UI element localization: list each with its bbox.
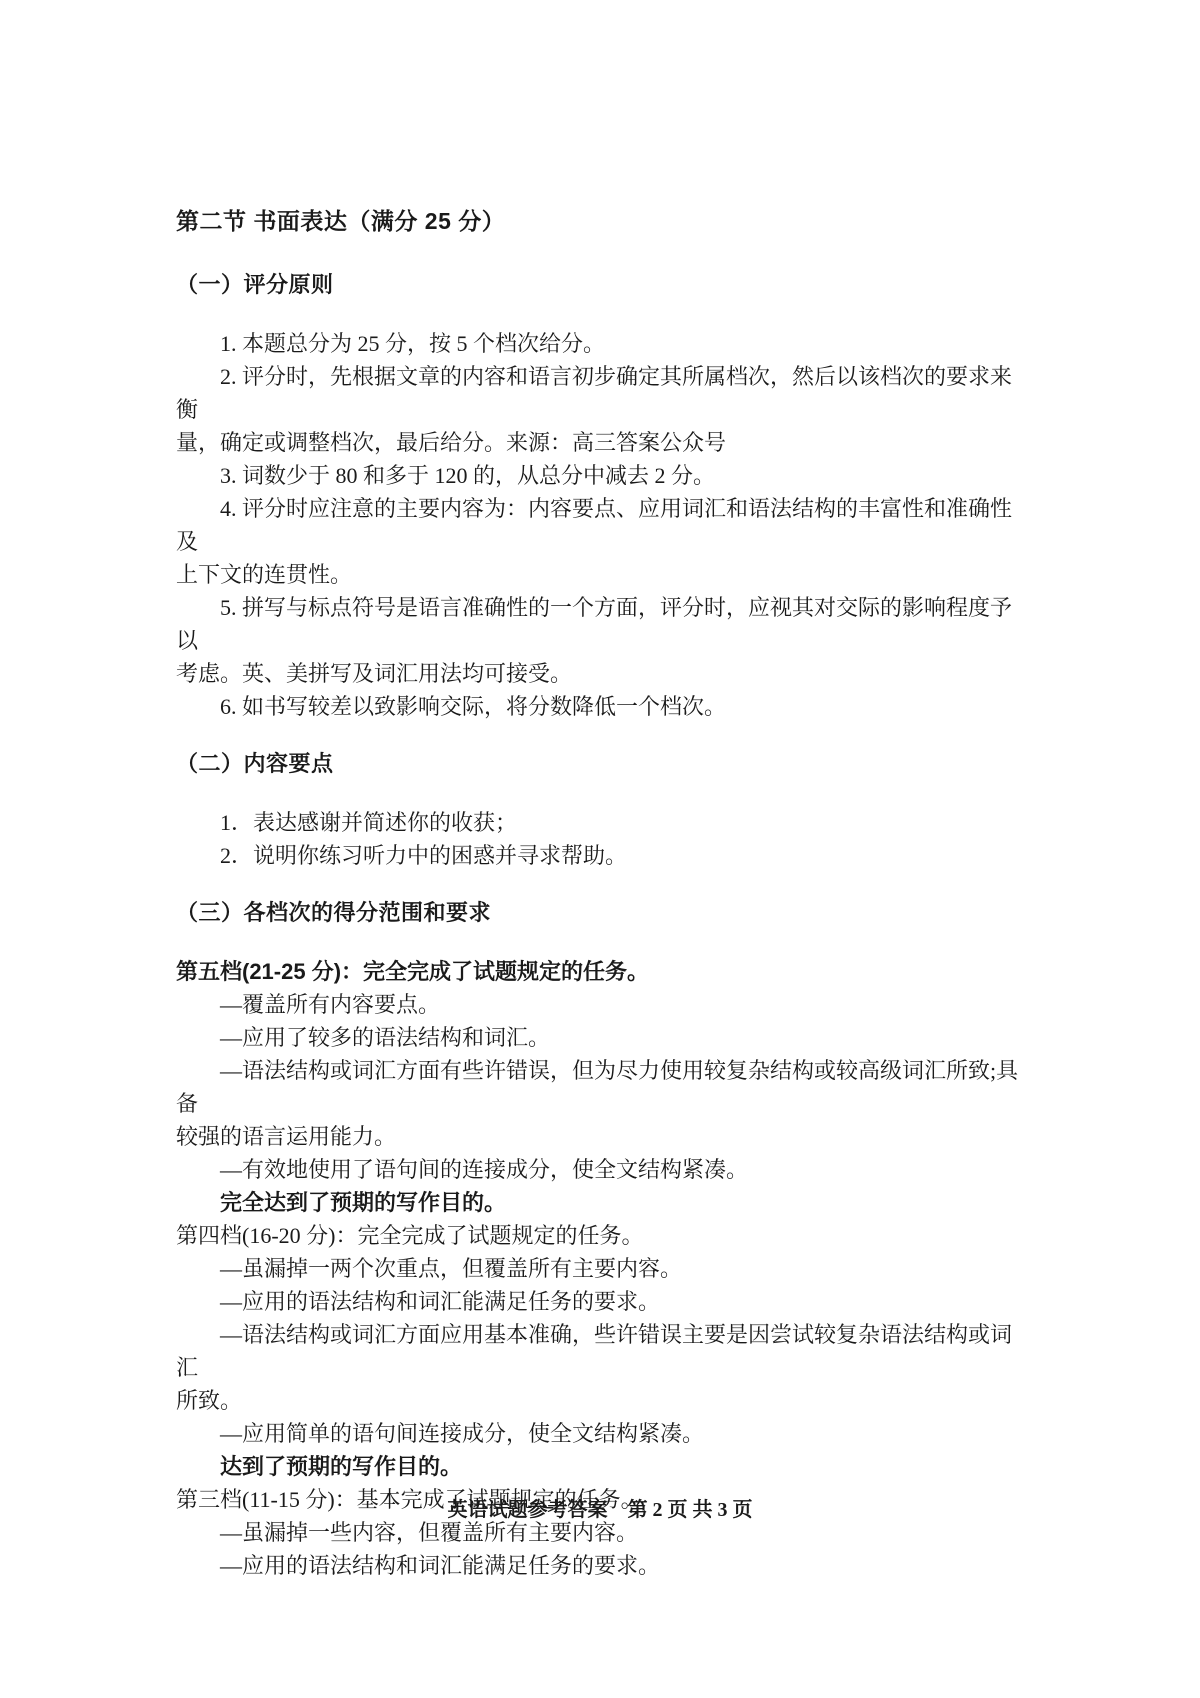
band-point: —覆盖所有内容要点。 xyxy=(176,988,1032,1021)
scoring-principle-item: 4. 评分时应注意的主要内容为：内容要点、应用词汇和语法结构的丰富性和准确性及 … xyxy=(176,492,1032,591)
band-title: 第四档(16-20 分)：完全完成了试题规定的任务。 xyxy=(176,1219,1032,1252)
band-point: —语法结构或词汇方面应用基本准确，些许错误主要是因尝试较复杂语法结构或词汇 所致… xyxy=(176,1318,1032,1417)
band-point: —应用的语法结构和词汇能满足任务的要求。 xyxy=(176,1549,1032,1582)
content-point-item: 2．说明你练习听力中的困惑并寻求帮助。 xyxy=(176,839,1032,872)
score-band-4: 第四档(16-20 分)：完全完成了试题规定的任务。 —虽漏掉一两个次重点，但覆… xyxy=(176,1219,1032,1483)
band-title: 第五档(21-25 分)：完全完成了试题规定的任务。 xyxy=(176,955,1032,988)
score-band-5: 第五档(21-25 分)：完全完成了试题规定的任务。 —覆盖所有内容要点。 —应… xyxy=(176,955,1032,1219)
scoring-principle-item: 6. 如书写较差以致影响交际，将分数降低一个档次。 xyxy=(176,690,1032,723)
band-point: —有效地使用了语句间的连接成分，使全文结构紧凑。 xyxy=(176,1153,1032,1186)
section-title: 第二节 书面表达（满分 25 分） xyxy=(176,205,1032,238)
heading-scoring-principles: （一）评分原则 xyxy=(176,268,1032,301)
scoring-principle-item: 2. 评分时，先根据文章的内容和语言初步确定其所属档次，然后以该档次的要求来衡 … xyxy=(176,360,1032,459)
page-footer: 英语试题参考答案 第 2 页 共 3 页 xyxy=(0,1496,1200,1524)
answer-key-page: 第二节 书面表达（满分 25 分） （一）评分原则 1. 本题总分为 25 分，… xyxy=(0,0,1200,1698)
band-conclusion: 完全达到了预期的写作目的。 xyxy=(176,1186,1032,1219)
band-conclusion: 达到了预期的写作目的。 xyxy=(176,1450,1032,1483)
scoring-principle-item: 3. 词数少于 80 和多于 120 的，从总分中减去 2 分。 xyxy=(176,459,1032,492)
heading-content-points: （二）内容要点 xyxy=(176,747,1032,780)
scoring-principle-item: 5. 拼写与标点符号是语言准确性的一个方面，评分时，应视其对交际的影响程度予以 … xyxy=(176,591,1032,690)
band-point: —应用简单的语句间连接成分，使全文结构紧凑。 xyxy=(176,1417,1032,1450)
band-point: —应用的语法结构和词汇能满足任务的要求。 xyxy=(176,1285,1032,1318)
content-point-item: 1．表达感谢并简述你的收获； xyxy=(176,806,1032,839)
scoring-principle-item: 1. 本题总分为 25 分，按 5 个档次给分。 xyxy=(176,327,1032,360)
band-point: —应用了较多的语法结构和词汇。 xyxy=(176,1021,1032,1054)
heading-score-bands: （三）各档次的得分范围和要求 xyxy=(176,896,1032,929)
band-point: —语法结构或词汇方面有些许错误，但为尽力使用较复杂结构或较高级词汇所致;具备 较… xyxy=(176,1054,1032,1153)
band-point: —虽漏掉一两个次重点，但覆盖所有主要内容。 xyxy=(176,1252,1032,1285)
